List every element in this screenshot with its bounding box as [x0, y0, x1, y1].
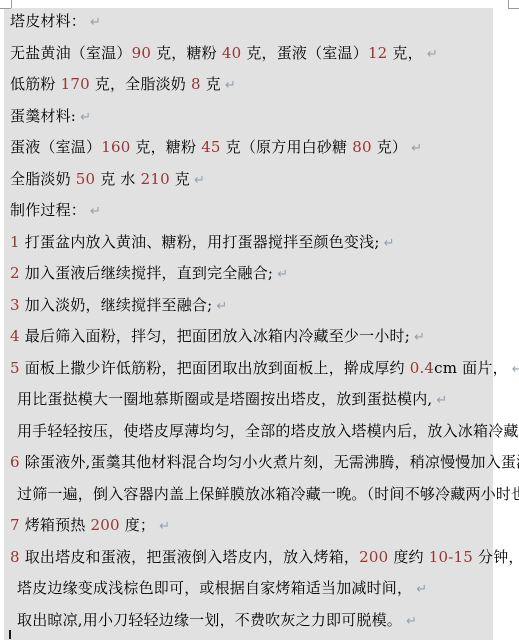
text-line[interactable]: 全脂淡奶 50 克 水 210 克↵	[10, 164, 510, 196]
text-line[interactable]: 无盐黄油（室温）90 克，糖粉 40 克，蛋液（室温）12 克，↵	[10, 38, 510, 70]
number-text: 4	[10, 327, 20, 345]
number-text: 8	[10, 548, 20, 566]
paragraph-return-icon: ↵	[194, 173, 205, 188]
number-text: 200	[91, 516, 120, 534]
number-text: 7	[10, 516, 20, 534]
text-line[interactable]: 蛋液（室温）160 克，糖粉 45 克（原方用白砂糖 80 克）↵	[10, 132, 510, 164]
number-text: 170	[61, 75, 90, 93]
text-line[interactable]: 6 除蛋液外,蛋羹其他材料混合均匀小火煮片刻，无需沸腾，稍凉慢慢加入蛋液，↵	[10, 447, 510, 479]
number-text: 90	[132, 44, 152, 62]
text-line[interactable]: 8 取出塔皮和蛋液，把蛋液倒入塔皮内，放入烤箱，200 度约 10-15 分钟，…	[10, 542, 510, 574]
text-line[interactable]: 用手轻轻按压，使塔皮厚薄均匀，全部的塔皮放入塔模内后，放入冰箱冷藏;↵	[10, 416, 510, 448]
paragraph-return-icon: ↵	[411, 141, 422, 156]
number-text: 3	[10, 296, 20, 314]
paragraph-return-icon: ↵	[414, 330, 425, 345]
number-text: 210	[141, 170, 170, 188]
text-line[interactable]: 塔皮材料：↵	[10, 6, 510, 38]
number-text: 12	[368, 44, 388, 62]
text-line[interactable]: 3 加入淡奶，继续搅拌至融合;↵	[10, 290, 510, 322]
paragraph-return-icon: ↵	[384, 236, 395, 251]
number-text: 160	[101, 138, 130, 156]
text-line[interactable]: 5 面板上撒少许低筋粉，把面团取出放到面板上，擀成厚约 0.4cm 面片，↵	[10, 353, 510, 385]
number-text: 45	[201, 138, 221, 156]
number-text: 80	[352, 138, 372, 156]
paragraph-return-icon: ↵	[512, 362, 519, 377]
text-cursor	[9, 630, 11, 639]
text-lines: 塔皮材料：↵无盐黄油（室温）90 克，糖粉 40 克，蛋液（室温）12 克，↵低…	[10, 6, 510, 636]
paragraph-return-icon: ↵	[427, 47, 438, 62]
text-line[interactable]: 2 加入蛋液后继续搅拌，直到完全融合;↵	[10, 258, 510, 290]
number-text: 8	[191, 75, 201, 93]
text-line[interactable]: 过筛一遍，倒入容器内盖上保鲜膜放冰箱冷藏一晚。（时间不够冷藏两小时也可）↵	[10, 479, 510, 511]
number-text: 2	[10, 264, 20, 282]
paragraph-return-icon: ↵	[90, 15, 101, 30]
text-line[interactable]: 低筋粉 170 克，全脂淡奶 8 克↵	[10, 69, 510, 101]
text-line[interactable]: 4 最后筛入面粉，拌匀，把面团放入冰箱内冷藏至少一小时;↵	[10, 321, 510, 353]
text-line[interactable]: 用比蛋挞模大一圈地慕斯圈或是塔圈按出塔皮，放到蛋挞模内,↵	[10, 384, 510, 416]
text-line[interactable]: 取出晾凉,用小刀轻轻边缘一划，不费吹灰之力即可脱模。↵	[10, 605, 510, 637]
paragraph-return-icon: ↵	[406, 614, 417, 629]
number-text: 6	[10, 453, 20, 471]
number-text: 40	[222, 44, 242, 62]
text-line[interactable]: 蛋羹材料:↵	[10, 101, 510, 133]
number-text: 0.4	[410, 359, 434, 377]
number-text: 1	[10, 233, 20, 251]
text-line[interactable]: 7 烤箱预热 200 度；↵	[10, 510, 510, 542]
document-text-area[interactable]: 塔皮材料：↵无盐黄油（室温）90 克，糖粉 40 克，蛋液（室温）12 克，↵低…	[10, 6, 510, 636]
paragraph-return-icon: ↵	[159, 519, 170, 534]
paragraph-return-icon: ↵	[436, 393, 447, 408]
number-text: 200	[359, 548, 388, 566]
number-text: 50	[76, 170, 96, 188]
paragraph-return-icon: ↵	[277, 267, 288, 282]
text-line[interactable]: 1 打蛋盆内放入黄油、糖粉，用打蛋器搅拌至颜色变浅;↵	[10, 227, 510, 259]
paragraph-return-icon: ↵	[90, 204, 101, 219]
paragraph-return-icon: ↵	[80, 110, 91, 125]
paragraph-return-icon: ↵	[216, 299, 227, 314]
number-text: 5	[10, 359, 20, 377]
paragraph-return-icon: ↵	[225, 78, 236, 93]
text-line[interactable]: 塔皮边缘变成浅棕色即可，或根据自家烤箱适当加减时间，↵	[10, 573, 510, 605]
text-line[interactable]: 制作过程：↵	[10, 195, 510, 227]
paragraph-return-icon: ↵	[416, 582, 427, 597]
number-text: 10-15	[429, 548, 473, 566]
